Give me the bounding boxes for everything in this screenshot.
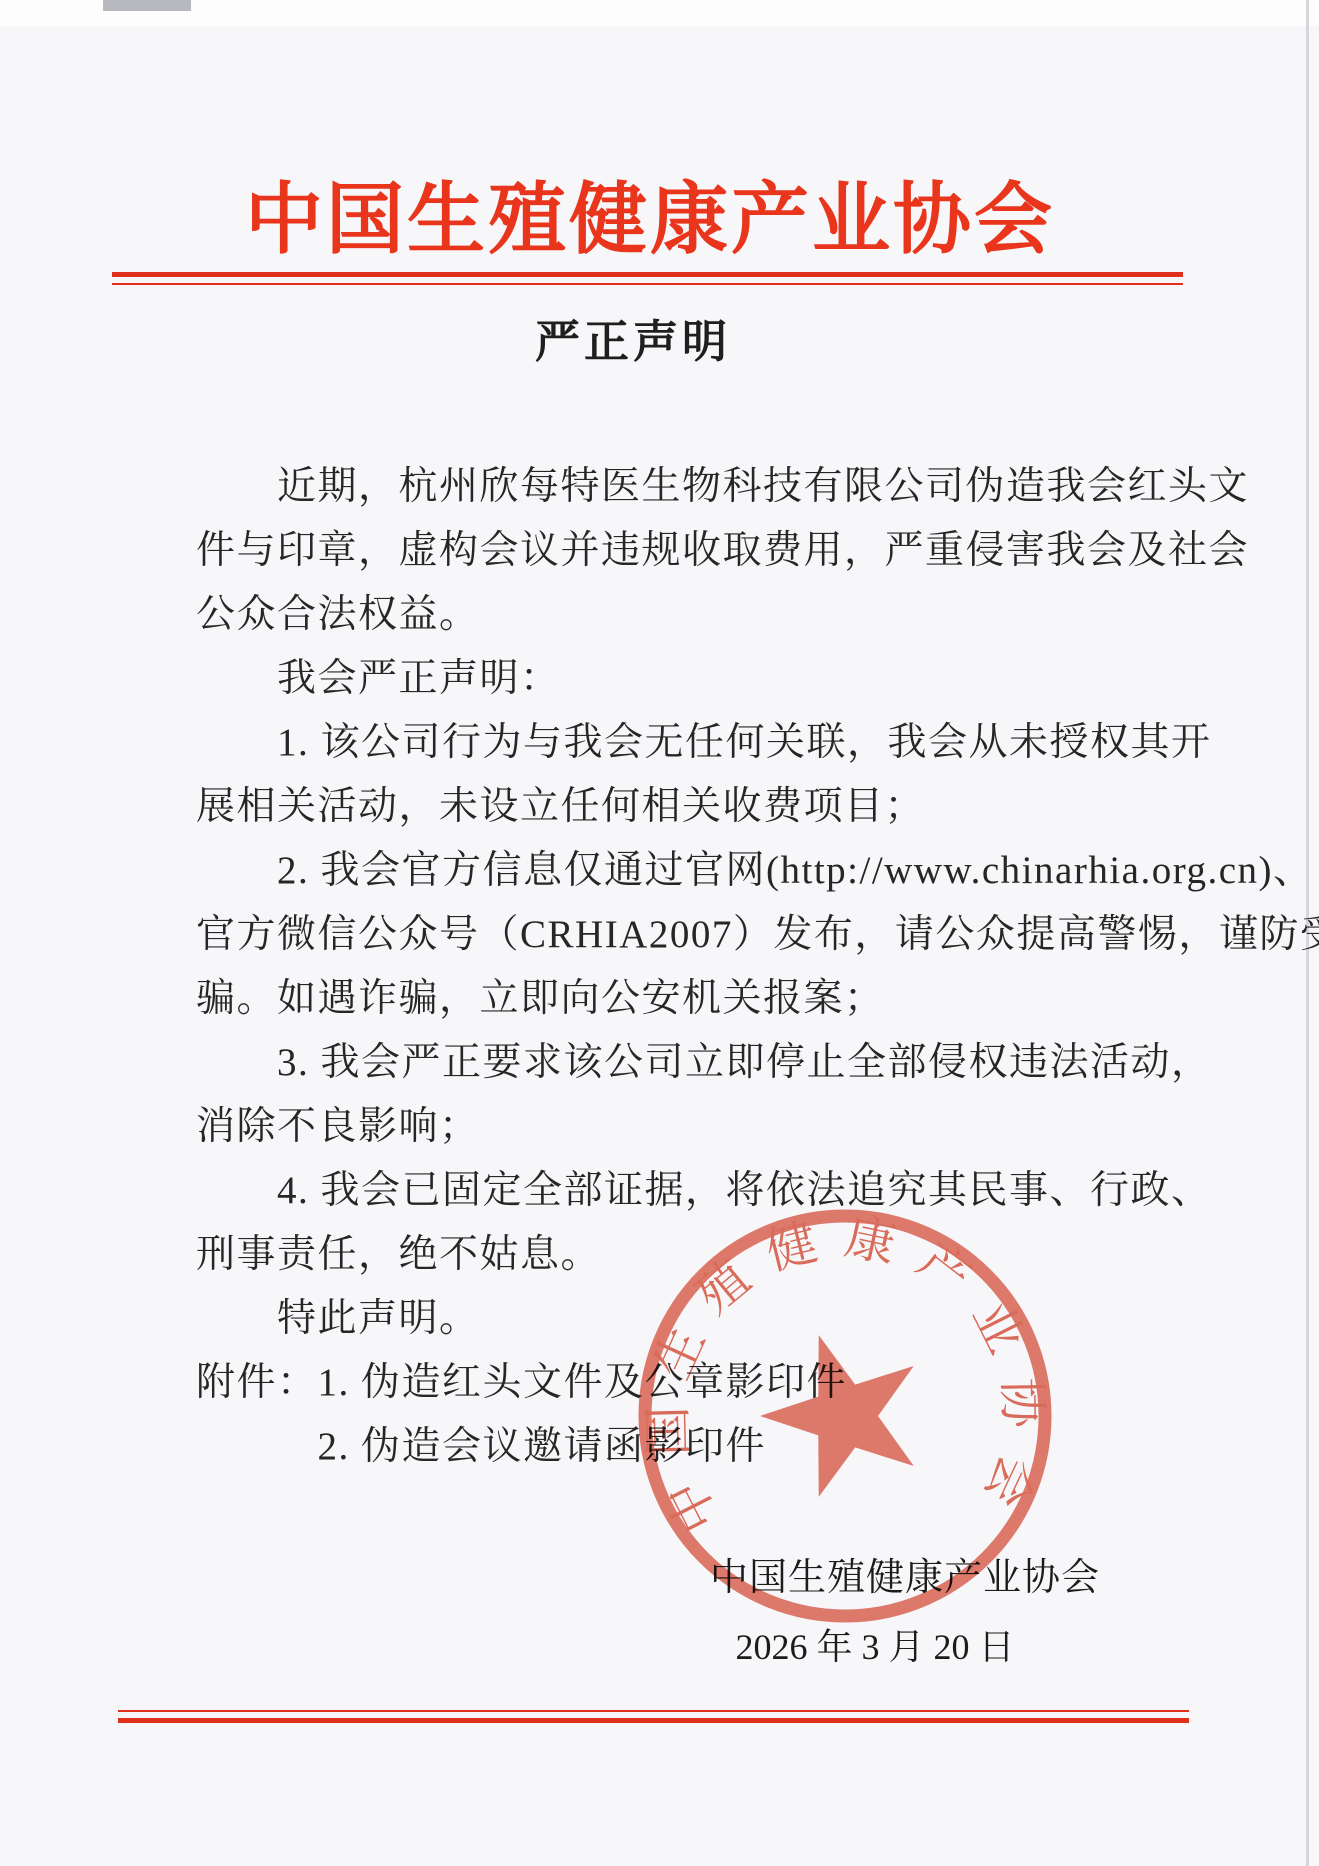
letterhead-rule-thick <box>112 272 1183 277</box>
body-line: 特此声明。 <box>196 1287 1196 1351</box>
body-line: 4. 我会已固定全部证据，将依法追究其民事、行政、 <box>196 1159 1196 1223</box>
body-line: 2. 伪造会议邀请函影印件 <box>196 1415 1196 1479</box>
signature-date: 2026 年 3 月 20 日 <box>560 1624 1190 1670</box>
body-line: 我会严正声明： <box>196 647 1196 711</box>
signature-org: 中国生殖健康产业协会 <box>560 1554 1250 1602</box>
body-line: 展相关活动，未设立任何相关收费项目； <box>196 775 1196 839</box>
body-line: 骗。如遇诈骗，立即向公安机关报案； <box>196 967 1196 1031</box>
scan-corner-artifact <box>103 0 191 11</box>
footer-rule-thin <box>118 1710 1189 1712</box>
body-line: 1. 该公司行为与我会无任何关联，我会从未授权其开 <box>196 711 1196 775</box>
body-line: 消除不良影响； <box>196 1095 1196 1159</box>
body-line: 3. 我会严正要求该公司立即停止全部侵权违法活动， <box>196 1031 1196 1095</box>
body-line: 近期，杭州欣每特医生物科技有限公司伪造我会红头文 <box>196 455 1196 519</box>
body-line: 2. 我会官方信息仅通过官网(http://www.chinarhia.org.… <box>196 839 1196 903</box>
letterhead-org-name: 中国生殖健康产业协会 <box>115 178 1185 262</box>
footer-rule-thick <box>118 1718 1189 1723</box>
body-line: 刑事责任，绝不姑息。 <box>196 1223 1196 1287</box>
statement-title: 严正声明 <box>83 317 1183 367</box>
body-line: 件与印章，虚构会议并违规收取费用，严重侵害我会及社会 <box>196 519 1196 583</box>
body-line: 附件：1. 伪造红头文件及公章影印件 <box>196 1351 1196 1415</box>
body-line: 官方微信公众号（CRHIA2007）发布，请公众提高警惕，谨防受 <box>196 903 1196 967</box>
letterhead-rule-thin <box>112 283 1183 285</box>
document-page: 中国生殖健康产业协会 严正声明 近期，杭州欣每特医生物科技有限公司伪造我会红头文… <box>0 0 1319 1866</box>
body-line: 公众合法权益。 <box>196 583 1196 647</box>
statement-body: 近期，杭州欣每特医生物科技有限公司伪造我会红头文件与印章，虚构会议并违规收取费用… <box>196 455 1196 1479</box>
scan-top-band <box>0 0 1319 26</box>
